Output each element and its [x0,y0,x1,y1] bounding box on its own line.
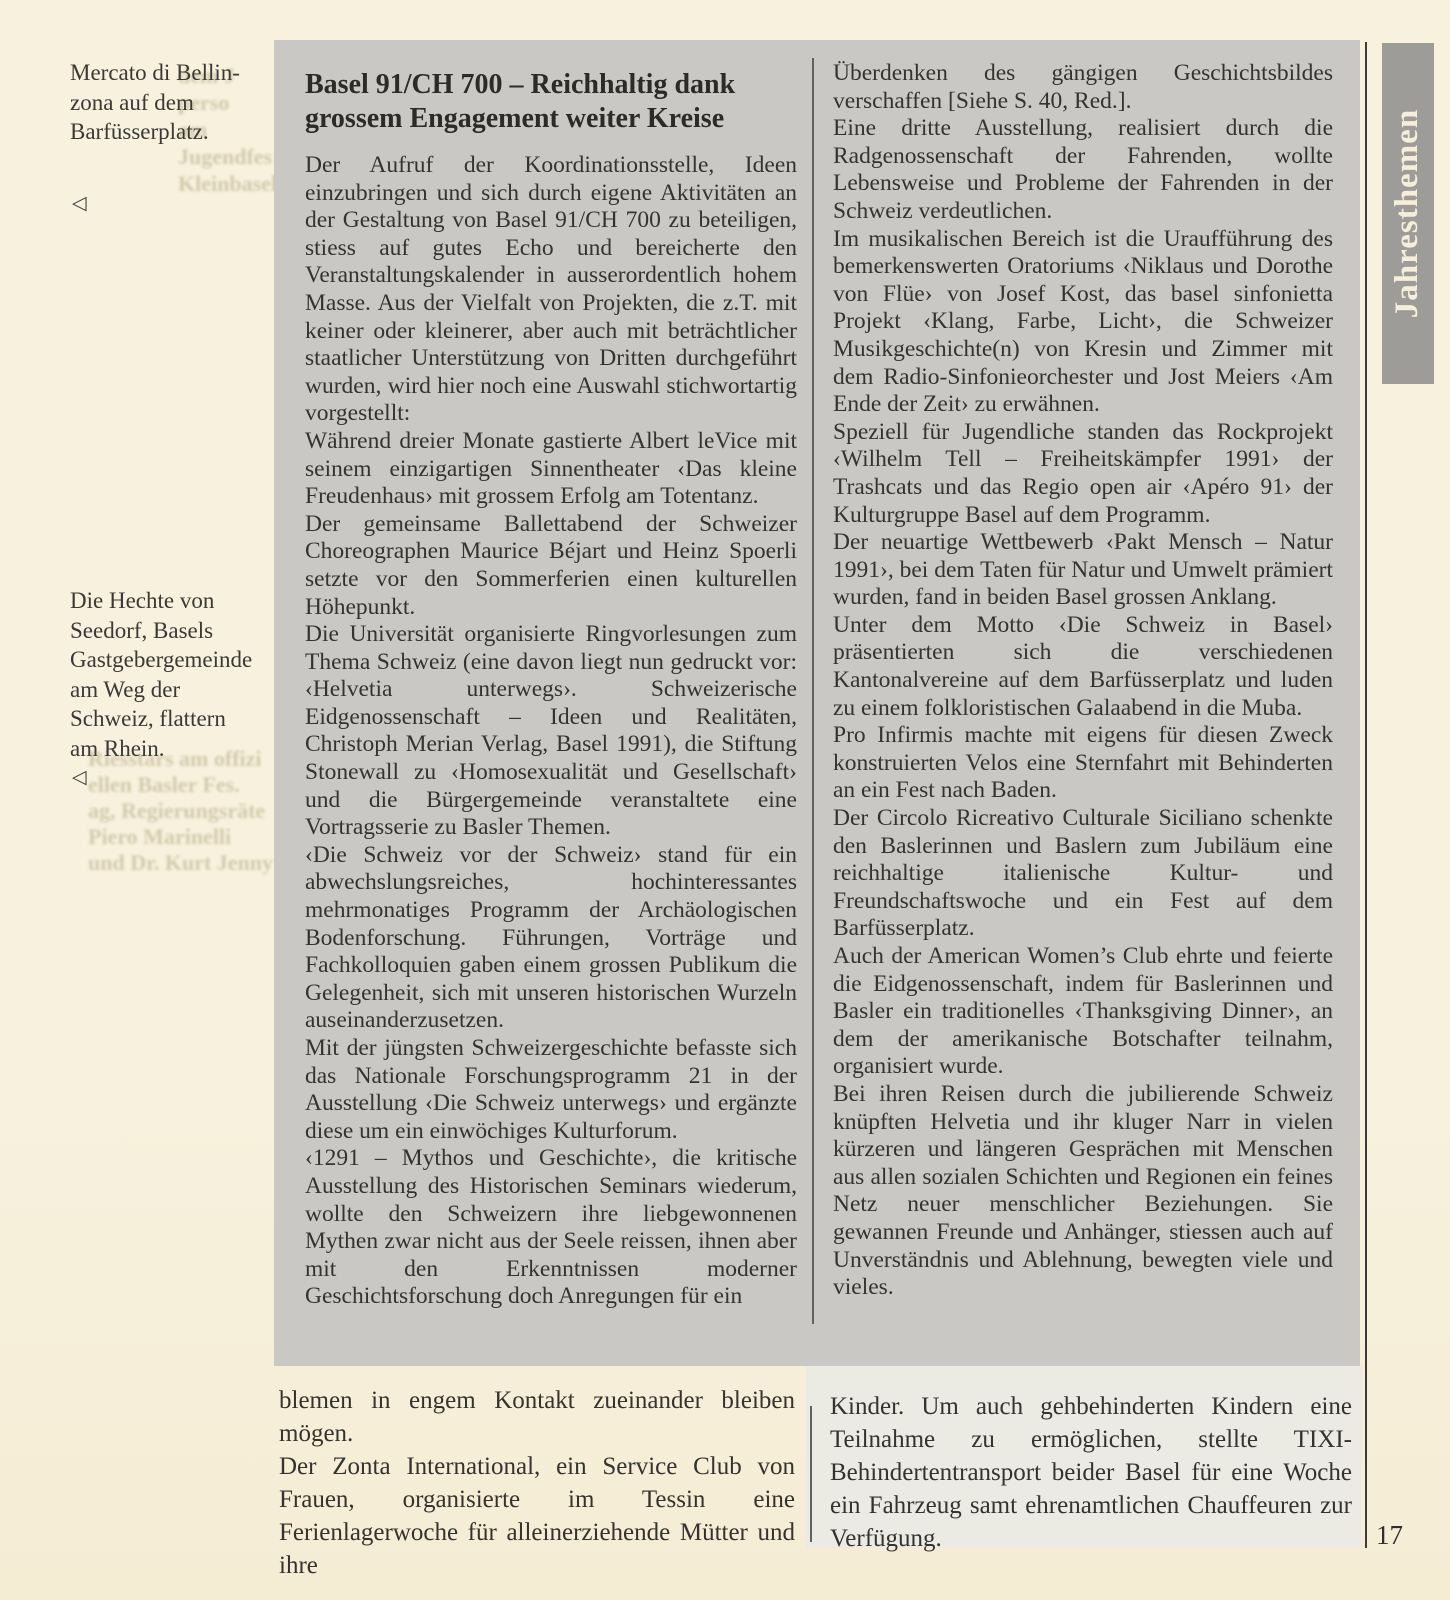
chapter-tab: Jahresthemen [1382,43,1434,384]
paragraph: Der gemeinsame Ballettabend der Schweize… [305,511,797,621]
continuation-left-column: blemen in engem Kontakt zueinander bleib… [279,1384,795,1584]
chapter-tab-label: Jahresthemen [1390,109,1427,318]
ghost-bleedthrough-middle: Riesstars am offizi ellen Basler Fes. ag… [88,746,288,876]
paragraph: Eine dritte Ausstellung, realisiert durc… [833,115,1333,225]
scanned-book-page: { "colors":{ "paper":"#f7f1dd","paper2":… [0,0,1450,1600]
caption-pointer-icon: ◁ [72,766,87,789]
paragraph: Speziell für Jugendliche standen das Roc… [833,419,1333,529]
article-right-column: Überdenken des gängigen Geschichtsbildes… [833,60,1333,1356]
article-title: Basel 91/CH 700 – Reichhaltig dank gross… [305,68,791,136]
paragraph: Auch der American Women’s Club ehrte und… [833,943,1333,1081]
margin-caption-hechte: Die Hechte von Seedorf, Basels Gastgeber… [70,586,282,763]
paragraph: Der Circolo Ricreativo Culturale Sicilia… [833,805,1333,943]
column-divider-rule [812,58,814,1324]
paragraph: Bei ihren Reisen durch die jubilierende … [833,1081,1333,1302]
continuation-right-column: Kinder. Um auch gehbehinderten Kindern e… [830,1390,1352,1590]
caption-pointer-icon: ◁ [72,192,87,215]
paragraph: Unter dem Motto ‹Die Schweiz in Basel› p… [833,612,1333,722]
paragraph: Während dreier Monate gastierte Albert l… [305,428,797,511]
paragraph: Der Aufruf der Koordinationsstelle, Idee… [305,152,797,428]
paragraph: ‹Die Schweiz vor der Schweiz› stand für … [305,842,797,1035]
paragraph: Kinder. Um auch gehbehinderten Kindern e… [830,1390,1352,1555]
paragraph: Mit der jüngsten Schweizergeschichte bef… [305,1035,797,1145]
paragraph: Der Zonta International, ein Service Clu… [279,1450,795,1582]
paragraph: Im musikalischen Bereich ist die Urauffü… [833,226,1333,419]
paragraph: Die Universität organisierte Ringvorlesu… [305,621,797,842]
page-edge-rule [1365,42,1367,1548]
page-number: 17 [1376,1520,1403,1551]
margin-caption-mercato: Mercato di Bellin- zona auf dem Barfüsse… [70,58,282,147]
paragraph: ‹1291 – Mythos und Geschichte›, die krit… [305,1145,797,1311]
article-left-column: Der Aufruf der Koordinationsstelle, Idee… [305,152,797,1356]
column-divider-rule [810,1406,812,1542]
paragraph: Pro Infirmis machte mit eigens für diese… [833,722,1333,805]
paragraph: Der neuartige Wettbewerb ‹Pakt Mensch – … [833,529,1333,612]
paragraph: blemen in engem Kontakt zueinander bleib… [279,1384,795,1450]
paragraph: Überdenken des gängigen Geschichtsbildes… [833,60,1333,115]
